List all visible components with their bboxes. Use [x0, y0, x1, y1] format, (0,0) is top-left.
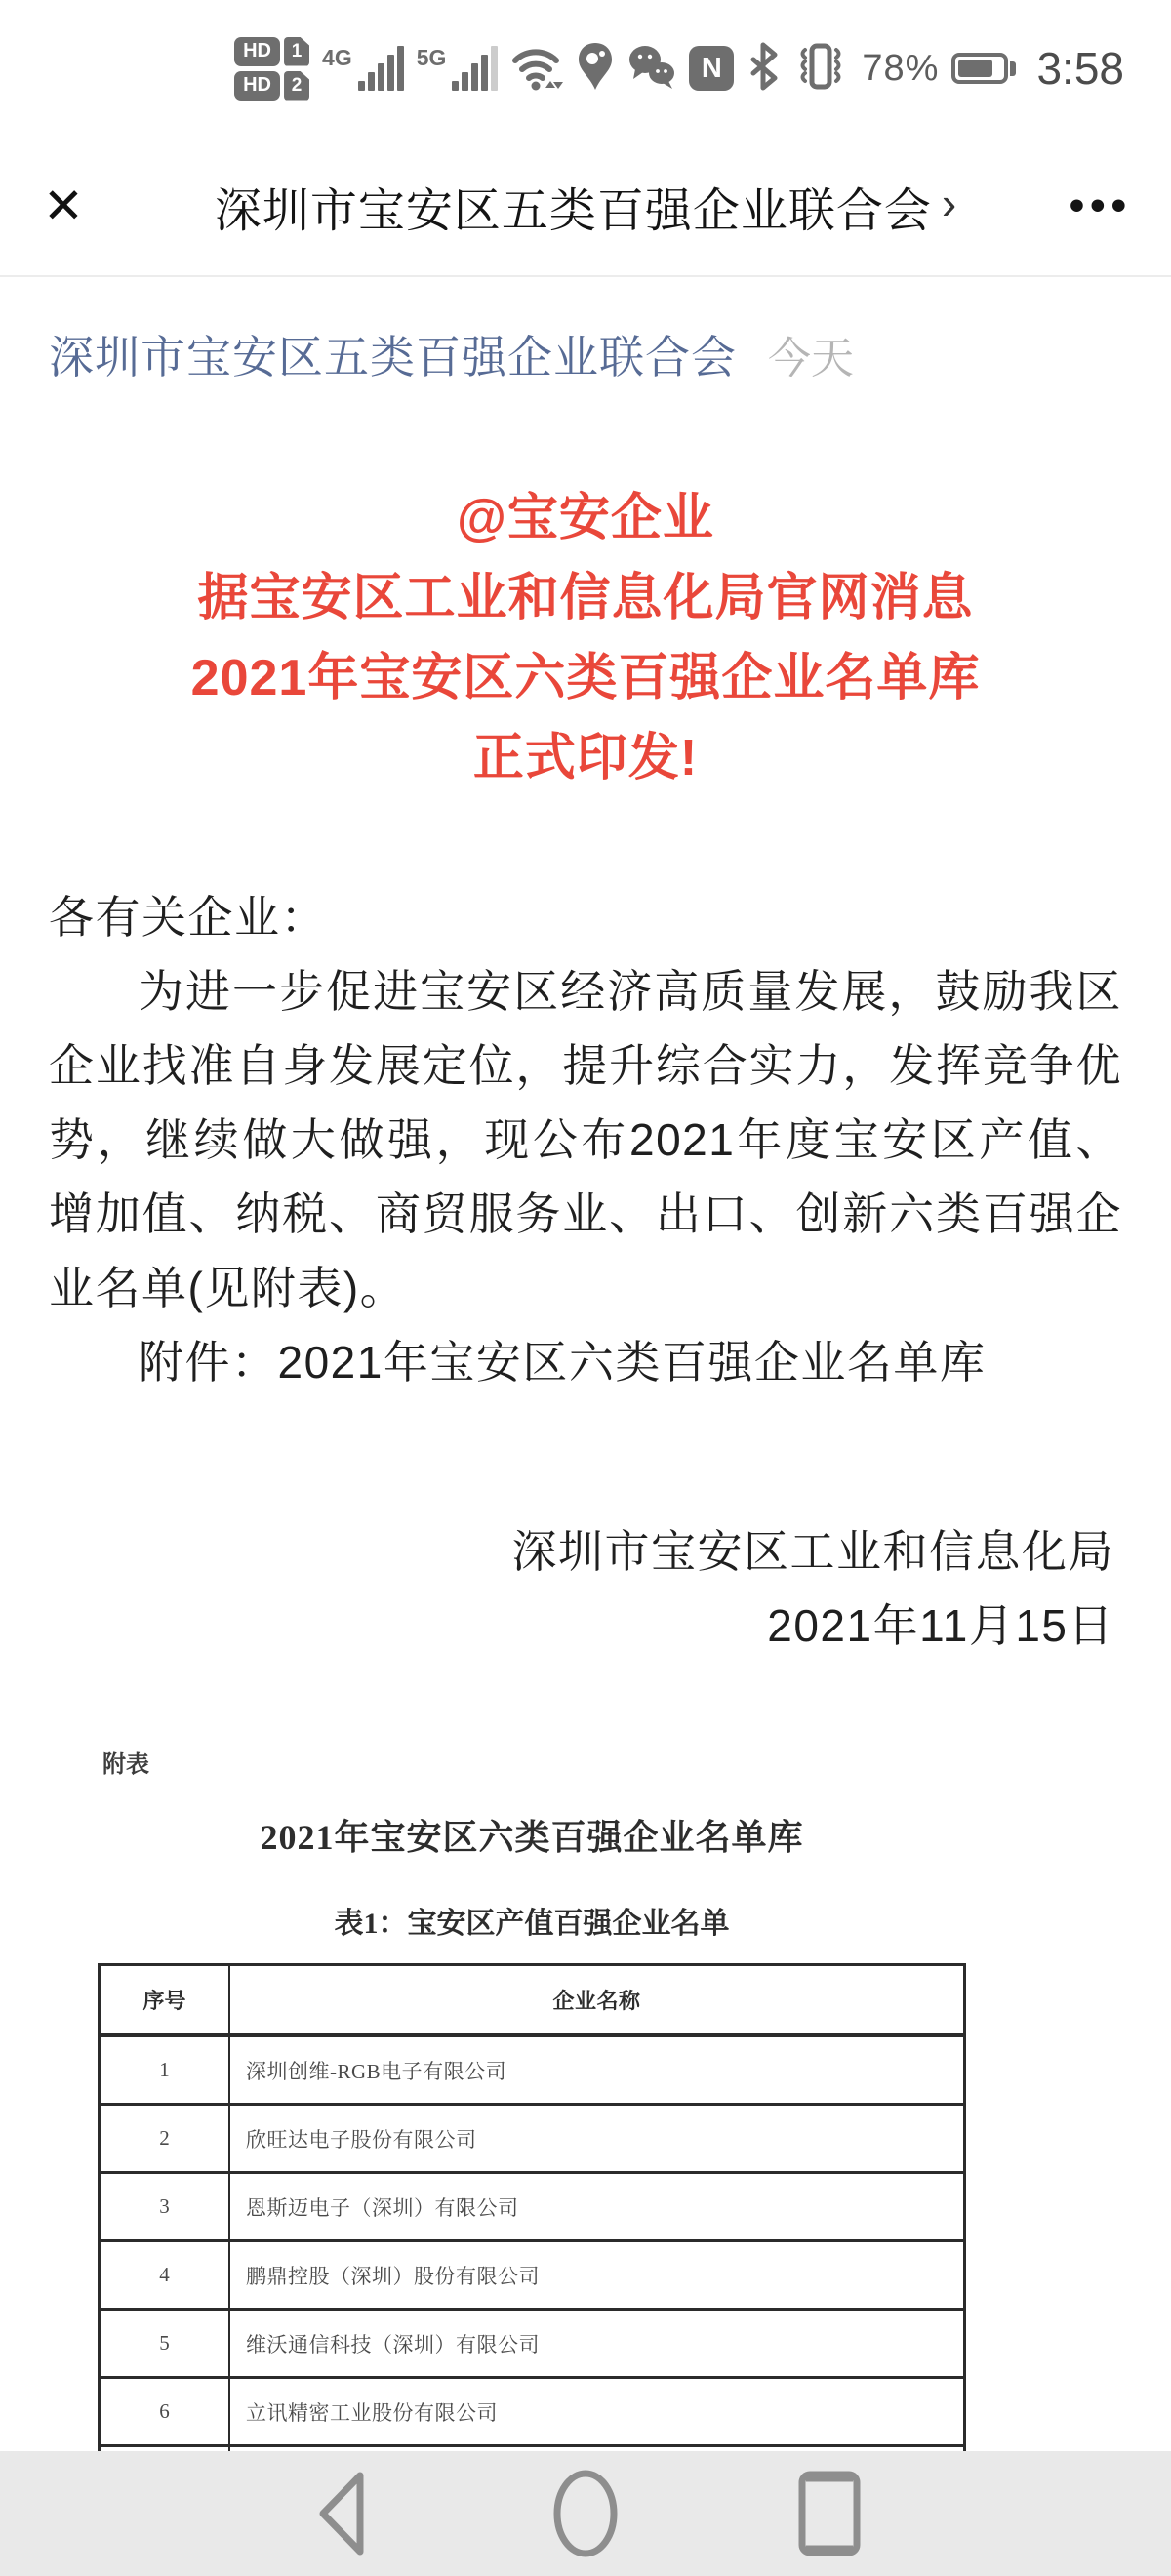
publish-time: 今天 — [768, 323, 854, 385]
row-index: 1 — [101, 2037, 230, 2103]
chevron-right-icon: › — [942, 181, 956, 225]
home-circle-icon — [550, 2469, 621, 2558]
wechat-icon — [627, 44, 676, 94]
table-row: 1 深圳创维-RGB电子有限公司 — [101, 2034, 963, 2103]
attachment-line: 附件：2021年宝安区六类百强企业名单库 — [49, 1325, 1122, 1399]
status-time: 3:58 — [1036, 42, 1124, 95]
battery-percent: 78% — [862, 48, 939, 90]
table-row: 3 恩斯迈电子（深圳）有限公司 — [101, 2171, 963, 2239]
company-name: 恩斯迈电子（深圳）有限公司 — [230, 2174, 963, 2239]
col-header-index: 序号 — [101, 1966, 230, 2033]
location-icon — [576, 41, 615, 97]
company-name: 立讯精密工业股份有限公司 — [230, 2379, 963, 2444]
red-line: @宝安企业 — [49, 478, 1122, 558]
company-name: 深圳创维-RGB电子有限公司 — [230, 2037, 963, 2103]
back-button[interactable] — [303, 2465, 381, 2562]
red-line: 正式印发! — [49, 718, 1122, 798]
company-table: 序号 企业名称 1 深圳创维-RGB电子有限公司 2 欣旺达电子股份有限公司 3… — [98, 1963, 966, 2516]
issuing-authority: 深圳市宝安区工业和信息化局 — [49, 1514, 1114, 1589]
red-line: 据宝安区工业和信息化局官网消息 — [49, 558, 1122, 638]
sign-off: 深圳市宝安区工业和信息化局 2021年11月15日 — [49, 1514, 1122, 1663]
close-icon[interactable]: ✕ — [33, 137, 94, 275]
table-row: 4 鹏鼎控股（深圳）股份有限公司 — [101, 2239, 963, 2308]
col-header-name: 企业名称 — [230, 1966, 963, 2033]
5g-signal-icon: 5G — [417, 46, 499, 91]
appendix-image: 附表 2021年宝安区六类百强企业名单库 表1：宝安区产值百强企业名单 序号 企… — [0, 1745, 1171, 2516]
article-header: 深圳市宝安区五类百强企业联合会 今天 — [49, 322, 1122, 386]
red-line: 2021年宝安区六类百强企业名单库 — [49, 638, 1122, 718]
table-header-row: 序号 企业名称 — [101, 1966, 963, 2034]
row-index: 3 — [101, 2174, 230, 2239]
home-button[interactable] — [546, 2465, 625, 2562]
chat-title[interactable]: 深圳市宝安区五类百强企业联合会 › — [215, 173, 956, 240]
notice-paragraph: 为进一步促进宝安区经济高质量发展，鼓励我区企业找准自身发展定位，提升综合实力，发… — [49, 954, 1122, 1325]
issue-date: 2021年11月15日 — [49, 1589, 1114, 1663]
sim1-icon: 1 — [284, 37, 309, 66]
table-row: 2 欣旺达电子股份有限公司 — [101, 2103, 963, 2171]
salutation: 各有关企业： — [49, 880, 1122, 954]
status-bar: HD 1 HD 2 4G 5G — [0, 0, 1171, 137]
system-nav-bar — [0, 2451, 1171, 2576]
notice-text: 各有关企业： 为进一步促进宝安区经济高质量发展，鼓励我区企业找准自身发展定位，提… — [49, 880, 1122, 1399]
recents-square-icon — [796, 2469, 863, 2558]
row-index: 6 — [101, 2379, 230, 2444]
row-index: 5 — [101, 2311, 230, 2376]
highlight-announcement: @宝安企业 据宝安区工业和信息化局官网消息 2021年宝安区六类百强企业名单库 … — [49, 478, 1122, 798]
bluetooth-icon — [747, 42, 780, 96]
wifi-icon — [510, 41, 563, 97]
navbar: ✕ 深圳市宝安区五类百强企业联合会 › ••• — [0, 137, 1171, 277]
company-name: 欣旺达电子股份有限公司 — [230, 2106, 963, 2171]
hd2-icon: HD — [234, 71, 280, 101]
hd-sim-icons: HD 1 HD 2 — [234, 37, 309, 101]
company-name: 维沃通信科技（深圳）有限公司 — [230, 2311, 963, 2376]
account-name-link[interactable]: 深圳市宝安区五类百强企业联合会 — [49, 322, 737, 386]
sim2-icon: 2 — [284, 71, 309, 101]
article-body: 深圳市宝安区五类百强企业联合会 今天 @宝安企业 据宝安区工业和信息化局官网消息… — [0, 322, 1171, 1663]
company-name: 鹏鼎控股（深圳）股份有限公司 — [230, 2242, 963, 2308]
table-row: 5 维沃通信科技（深圳）有限公司 — [101, 2308, 963, 2376]
nfc-icon: N — [689, 46, 734, 91]
back-triangle-icon — [316, 2469, 367, 2558]
row-index: 4 — [101, 2242, 230, 2308]
vibrate-icon — [792, 42, 849, 96]
more-icon[interactable]: ••• — [1070, 137, 1132, 275]
table-row: 6 立讯精密工业股份有限公司 — [101, 2376, 963, 2444]
recents-button[interactable] — [790, 2465, 868, 2562]
hd1-icon: HD — [234, 37, 280, 66]
battery-icon — [951, 53, 1016, 84]
page-title: 深圳市宝安区五类百强企业联合会 — [215, 173, 932, 240]
appendix-title: 2021年宝安区六类百强企业名单库 — [98, 1810, 966, 1860]
appendix-label: 附表 — [102, 1745, 1171, 1779]
4g-signal-icon: 4G — [322, 46, 404, 91]
row-index: 2 — [101, 2106, 230, 2171]
appendix-subtitle: 表1：宝安区产值百强企业名单 — [98, 1899, 966, 1942]
